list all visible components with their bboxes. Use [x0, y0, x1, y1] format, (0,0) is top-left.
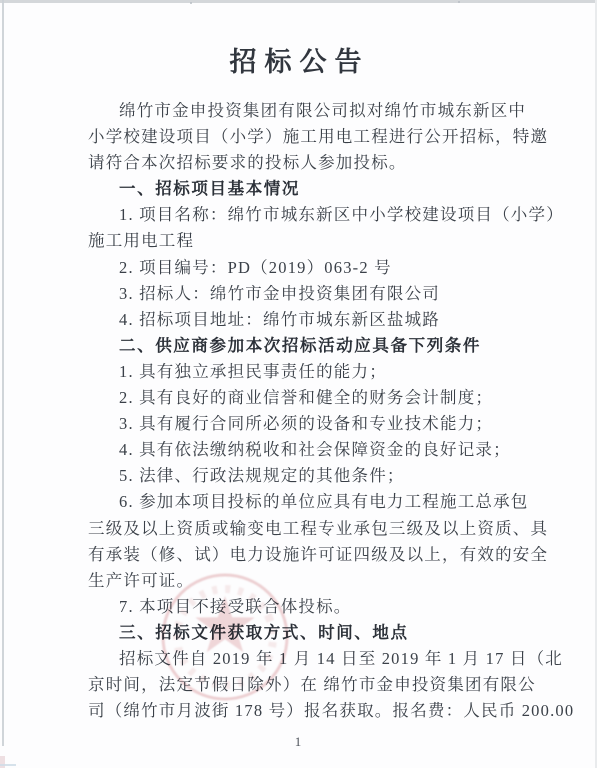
- document-text: 绵竹市金申投资集团有限公司拟对绵竹市城东新区中小学校建设项目（小学）施工用电工程…: [88, 98, 535, 724]
- scanned-document-page: 招标公告 绵竹市金申投资集团有限公司拟对绵竹市城东新区中小学校建设项目（小学）施…: [0, 0, 597, 768]
- text-line: 4. 招标项目地址：绵竹市城东新区盐城路: [88, 307, 535, 333]
- scan-edge-left: [2, 0, 4, 746]
- scan-speck: [190, 2, 192, 4]
- scan-speck: [458, 1, 460, 3]
- text-line: 京时间，法定节假日除外）在 绵竹市金申投资集团有限公: [88, 672, 535, 698]
- text-line: 三级及以上资质或输变电工程专业承包三级及以上资质、具: [88, 516, 535, 542]
- text-line: 施工用电工程: [88, 228, 535, 254]
- text-line: 请符合本次招标要求的投标人参加投标。: [88, 150, 535, 176]
- text-line: 生产许可证。: [88, 568, 535, 594]
- text-line: 有承装（修、试）电力设施许可证四级及以上，有效的安全: [88, 542, 535, 568]
- text-line: 4. 具有依法缴纳税收和社会保障资金的良好记录；: [88, 437, 535, 463]
- text-line: 招标文件自 2019 年 1 月 14 日至 2019 年 1 月 17 日（北: [88, 646, 535, 672]
- text-line: 6. 参加本项目投标的单位应具有电力工程施工总承包: [88, 489, 535, 515]
- text-line: 3. 具有履行合同所必须的设备和专业技术能力；: [88, 411, 535, 437]
- section-heading: 二、供应商参加本次招标活动应具备下列条件: [88, 333, 535, 359]
- section-heading: 一、招标项目基本情况: [88, 176, 535, 202]
- text-line: 小学校建设项目（小学）施工用电工程进行公开招标，特邀: [88, 124, 535, 150]
- text-line: 1. 项目名称：绵竹市城东新区中小学校建设项目（小学）: [88, 202, 535, 228]
- section-heading: 三、招标文件获取方式、时间、地点: [88, 620, 535, 646]
- text-line: 2. 具有良好的商业信誉和健全的财务会计制度；: [88, 385, 535, 411]
- document-title: 招标公告: [76, 44, 523, 98]
- scan-edge-top: [0, 0, 597, 3]
- text-line: 绵竹市金申投资集团有限公司拟对绵竹市城东新区中: [88, 98, 535, 124]
- page-number: 1: [0, 734, 597, 750]
- text-line: 1. 具有独立承担民事责任的能力；: [88, 359, 535, 385]
- text-line: 5. 法律、行政法规规定的其他条件；: [88, 463, 535, 489]
- scan-corner-artifact: [0, 756, 5, 768]
- text-line: 2. 项目编号：PD（2019）063-2 号: [88, 255, 535, 281]
- text-line: 7. 本项目不接受联合体投标。: [88, 594, 535, 620]
- scan-corner-artifact: [0, 764, 16, 766]
- document-body: 招标公告 绵竹市金申投资集团有限公司拟对绵竹市城东新区中小学校建设项目（小学）施…: [88, 44, 535, 724]
- text-line: 3. 招标人：绵竹市金申投资集团有限公司: [88, 281, 535, 307]
- text-line: 司（绵竹市月波街 178 号）报名获取。报名费：人民币 200.00: [88, 698, 535, 724]
